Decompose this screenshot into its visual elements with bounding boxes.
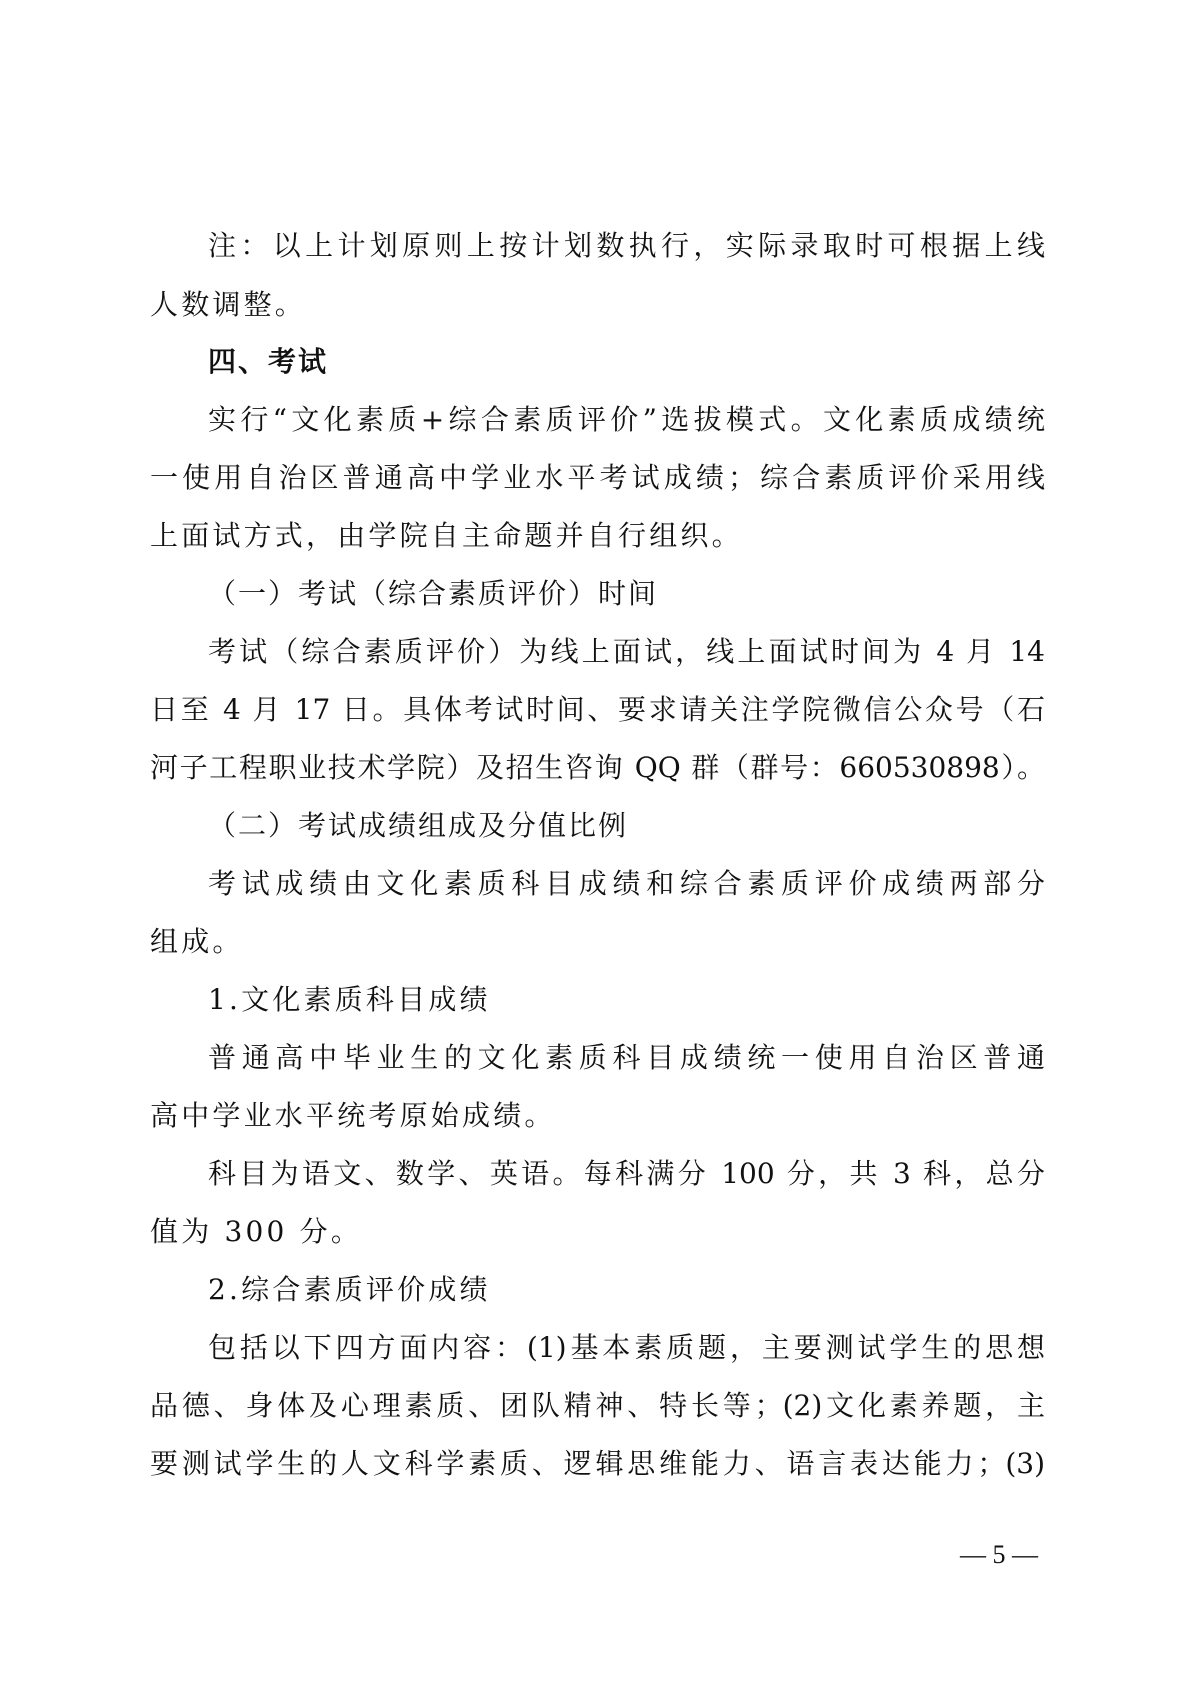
text-line: 注：以上计划原则上按计划数执行，实际录取时可根据上线 — [208, 226, 1045, 266]
text-line: 1.文化素质科目成绩 — [208, 980, 1045, 1020]
text-line: 一使用自治区普通高中学业水平考试成绩；综合素质评价采用线 — [150, 458, 1045, 498]
text-line: 考试成绩由文化素质科目成绩和综合素质评价成绩两部分 — [208, 864, 1045, 904]
text-line: 包括以下四方面内容：(1)基本素质题，主要测试学生的思想 — [208, 1328, 1045, 1368]
text-line: 2.综合素质评价成绩 — [208, 1270, 1045, 1310]
text-line: 实行“文化素质+综合素质评价”选拔模式。文化素质成绩统 — [208, 400, 1045, 440]
text-line: 品德、身体及心理素质、团队精神、特长等；(2)文化素养题，主 — [150, 1386, 1045, 1426]
document-page: 注：以上计划原则上按计划数执行，实际录取时可根据上线人数调整。四、考试实行“文化… — [0, 0, 1191, 1684]
subsection-heading: （一）考试（综合素质评价）时间 — [208, 574, 1045, 614]
text-line: 要测试学生的人文科学素质、逻辑思维能力、语言表达能力；(3) — [150, 1444, 1045, 1484]
text-line: 日至 4 月 17 日。具体考试时间、要求请关注学院微信公众号（石 — [150, 690, 1045, 730]
text-line: 科目为语文、数学、英语。每科满分 100 分，共 3 科，总分 — [208, 1154, 1045, 1194]
text-line: 河子工程职业技术学院）及招生咨询 QQ 群（群号：660530898）。 — [150, 748, 1045, 788]
text-line: 考试（综合素质评价）为线上面试，线上面试时间为 4 月 14 — [208, 632, 1045, 672]
text-line: 普通高中毕业生的文化素质科目成绩统一使用自治区普通 — [208, 1038, 1045, 1078]
section-heading: 四、考试 — [208, 342, 1045, 382]
text-line: 值为 300 分。 — [150, 1212, 1045, 1252]
text-line: 上面试方式，由学院自主命题并自行组织。 — [150, 516, 1045, 556]
text-line: 人数调整。 — [150, 285, 1045, 325]
subsection-heading: （二）考试成绩组成及分值比例 — [208, 806, 1045, 846]
text-line: 组成。 — [150, 922, 1045, 962]
text-line: 高中学业水平统考原始成绩。 — [150, 1096, 1045, 1136]
page-number: — 5 — — [960, 1535, 1038, 1575]
